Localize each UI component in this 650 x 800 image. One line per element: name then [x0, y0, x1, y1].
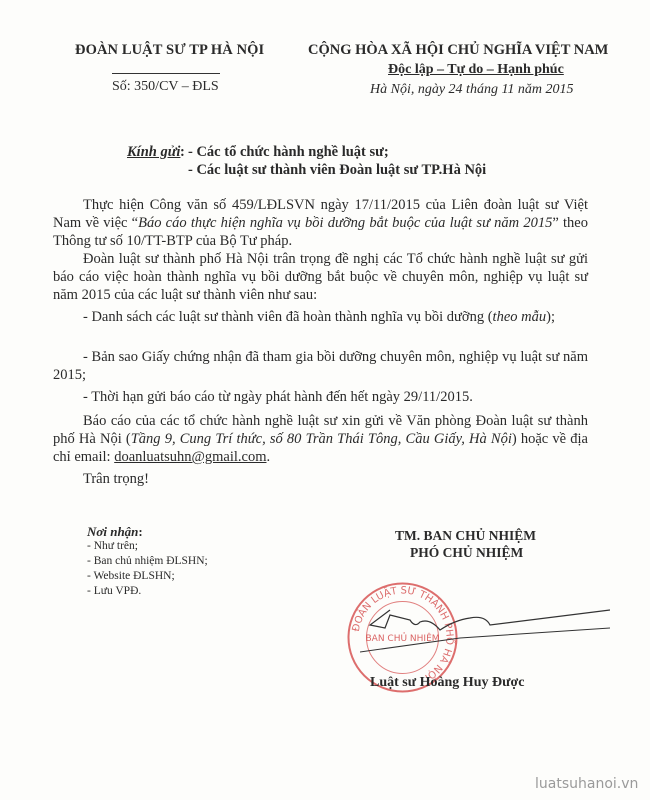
- closing: Trân trọng!: [53, 470, 588, 488]
- signer-name: Luật sư Hoàng Huy Được: [370, 675, 524, 691]
- handwritten-signature: [360, 600, 610, 660]
- recipient-item: - Website ĐLSHN;: [87, 569, 208, 584]
- recipient-item: - Như trên;: [87, 539, 208, 554]
- addressee-item: - Các luật sư thành viên Đoàn luật sư TP…: [188, 162, 486, 179]
- national-motto: Độc lập – Tự do – Hạnh phúc: [388, 62, 564, 78]
- addressee-item: - Các tổ chức hành nghề luật sư;: [188, 144, 389, 161]
- signature-title: TM. BAN CHỦ NHIỆM: [395, 528, 536, 544]
- recipient-item: - Ban chủ nhiệm ĐLSHN;: [87, 554, 208, 569]
- bullet-list-members: - Danh sách các luật sư thành viên đã ho…: [53, 308, 588, 326]
- bullet-deadline: - Thời hạn gửi báo cáo từ ngày phát hành…: [53, 388, 588, 406]
- paragraph-request: Đoàn luật sư thành phố Hà Nội trân trọng…: [53, 250, 588, 304]
- national-title: CỘNG HÒA XÃ HỘI CHỦ NGHĨA VIỆT NAM: [308, 42, 608, 59]
- place-date: Hà Nội, ngày 24 tháng 11 năm 2015: [370, 82, 574, 98]
- email-link[interactable]: doanluatsuhn@gmail.com: [114, 449, 266, 465]
- watermark: luatsuhanoi.vn: [535, 776, 638, 792]
- organization-name: ĐOÀN LUẬT SƯ TP HÀ NỘI: [75, 42, 264, 59]
- paragraph-submission: Báo cáo của các tổ chức hành nghề luật s…: [53, 412, 588, 466]
- recipient-item: - Lưu VPĐ.: [87, 584, 208, 599]
- addressee-label: Kính gửi: [127, 144, 180, 161]
- divider: [112, 73, 220, 74]
- recipients-heading: Nơi nhận:: [87, 524, 208, 539]
- bullet-certificate: - Bản sao Giấy chứng nhận đã tham gia bồ…: [53, 348, 588, 384]
- signature-subtitle: PHÓ CHỦ NHIỆM: [410, 545, 523, 561]
- document-number: Số: 350/CV – ĐLS: [112, 79, 219, 95]
- recipients-block: Nơi nhận: - Như trên; - Ban chủ nhiệm ĐL…: [87, 524, 208, 599]
- paragraph-reference: Thực hiện Công văn số 459/LĐLSVN ngày 17…: [53, 196, 588, 250]
- addressee-colon: :: [180, 144, 185, 161]
